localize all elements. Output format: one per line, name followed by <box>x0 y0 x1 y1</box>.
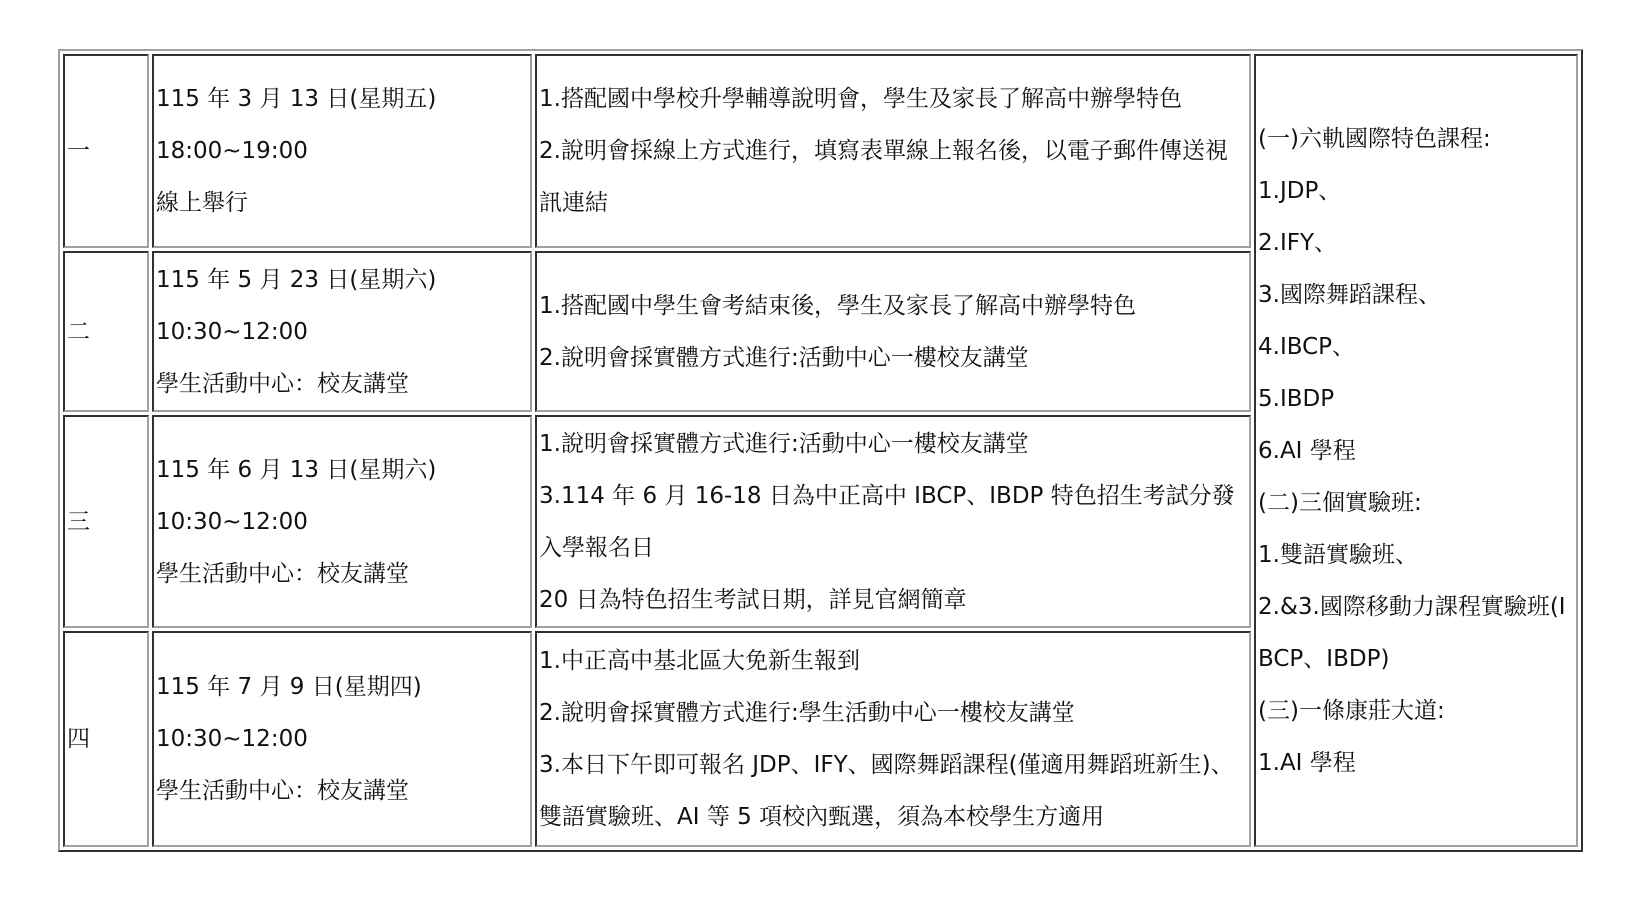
featured-programs-cell: (一)六軌國際特色課程: 1.JDP、 2.IFY、 3.國際舞蹈課程、 4.I… <box>1254 54 1578 847</box>
program-item: 1.AI 學程 <box>1258 737 1576 789</box>
program-item: 4.IBCP、 <box>1258 321 1576 373</box>
session-date: 115 年 6 月 13 日(星期六) <box>156 444 530 496</box>
program-item: 1.JDP、 <box>1258 165 1576 217</box>
session-index-cell: 四 <box>63 631 149 847</box>
session-note: 3.114 年 6 月 16-18 日為中正高中 IBCP、IBDP 特色招生考… <box>539 470 1249 574</box>
admission-session-schedule-table: 一 115 年 3 月 13 日(星期五) 18:00~19:00 線上舉行 1… <box>58 49 1583 852</box>
session-index-cell: 二 <box>63 251 149 412</box>
session-venue: 學生活動中心：校友講堂 <box>156 548 530 600</box>
session-datetime-cell: 115 年 3 月 13 日(星期五) 18:00~19:00 線上舉行 <box>152 54 532 248</box>
session-note: 20 日為特色招生考試日期，詳見官網簡章 <box>539 574 1249 626</box>
session-datetime-cell: 115 年 6 月 13 日(星期六) 10:30~12:00 學生活動中心：校… <box>152 415 532 628</box>
program-heading: (三)一條康莊大道: <box>1258 685 1576 737</box>
session-time: 10:30~12:00 <box>156 306 530 358</box>
session-venue: 學生活動中心：校友講堂 <box>156 358 530 410</box>
session-date: 115 年 3 月 13 日(星期五) <box>156 73 530 125</box>
session-note: 2.說明會採實體方式進行:學生活動中心一樓校友講堂 <box>539 687 1249 739</box>
session-index: 三 <box>67 509 90 535</box>
program-item: 5.IBDP <box>1258 373 1576 425</box>
session-notes-cell: 1.搭配國中學生會考結束後，學生及家長了解高中辦學特色 2.說明會採實體方式進行… <box>535 251 1251 412</box>
program-item: 1.雙語實驗班、 <box>1258 529 1576 581</box>
session-time: 10:30~12:00 <box>156 713 530 765</box>
session-venue: 學生活動中心：校友講堂 <box>156 765 530 817</box>
session-index-cell: 一 <box>63 54 149 248</box>
session-venue: 線上舉行 <box>156 177 530 229</box>
session-note: 1.搭配國中學生會考結束後，學生及家長了解高中辦學特色 <box>539 280 1249 332</box>
program-item: 6.AI 學程 <box>1258 425 1576 477</box>
session-index: 一 <box>67 138 90 164</box>
session-notes-cell: 1.說明會採實體方式進行:活動中心一樓校友講堂 3.114 年 6 月 16-1… <box>535 415 1251 628</box>
session-notes-cell: 1.搭配國中學校升學輔導說明會，學生及家長了解高中辦學特色 2.說明會採線上方式… <box>535 54 1251 248</box>
session-note: 1.搭配國中學校升學輔導說明會，學生及家長了解高中辦學特色 <box>539 73 1249 125</box>
session-index: 四 <box>67 726 90 752</box>
session-time: 18:00~19:00 <box>156 125 530 177</box>
program-item: 3.國際舞蹈課程、 <box>1258 269 1576 321</box>
program-item: 2.&3.國際移動力課程實驗班(IBCP、IBDP) <box>1258 581 1576 685</box>
session-datetime-cell: 115 年 5 月 23 日(星期六) 10:30~12:00 學生活動中心：校… <box>152 251 532 412</box>
program-item: 2.IFY、 <box>1258 217 1576 269</box>
session-index-cell: 三 <box>63 415 149 628</box>
session-note: 3.本日下午即可報名 JDP、IFY、國際舞蹈課程(僅適用舞蹈班新生)、雙語實驗… <box>539 739 1249 843</box>
session-note: 2.說明會採線上方式進行，填寫表單線上報名後，以電子郵件傳送視訊連結 <box>539 125 1249 229</box>
program-heading: (一)六軌國際特色課程: <box>1258 113 1576 165</box>
session-date: 115 年 7 月 9 日(星期四) <box>156 661 530 713</box>
session-note: 2.說明會採實體方式進行:活動中心一樓校友講堂 <box>539 332 1249 384</box>
table-row: 一 115 年 3 月 13 日(星期五) 18:00~19:00 線上舉行 1… <box>63 54 1578 248</box>
session-time: 10:30~12:00 <box>156 496 530 548</box>
session-index: 二 <box>67 319 90 345</box>
session-datetime-cell: 115 年 7 月 9 日(星期四) 10:30~12:00 學生活動中心：校友… <box>152 631 532 847</box>
session-date: 115 年 5 月 23 日(星期六) <box>156 254 530 306</box>
session-note: 1.說明會採實體方式進行:活動中心一樓校友講堂 <box>539 418 1249 470</box>
session-notes-cell: 1.中正高中基北區大免新生報到 2.說明會採實體方式進行:學生活動中心一樓校友講… <box>535 631 1251 847</box>
session-note: 1.中正高中基北區大免新生報到 <box>539 635 1249 687</box>
program-heading: (二)三個實驗班: <box>1258 477 1576 529</box>
